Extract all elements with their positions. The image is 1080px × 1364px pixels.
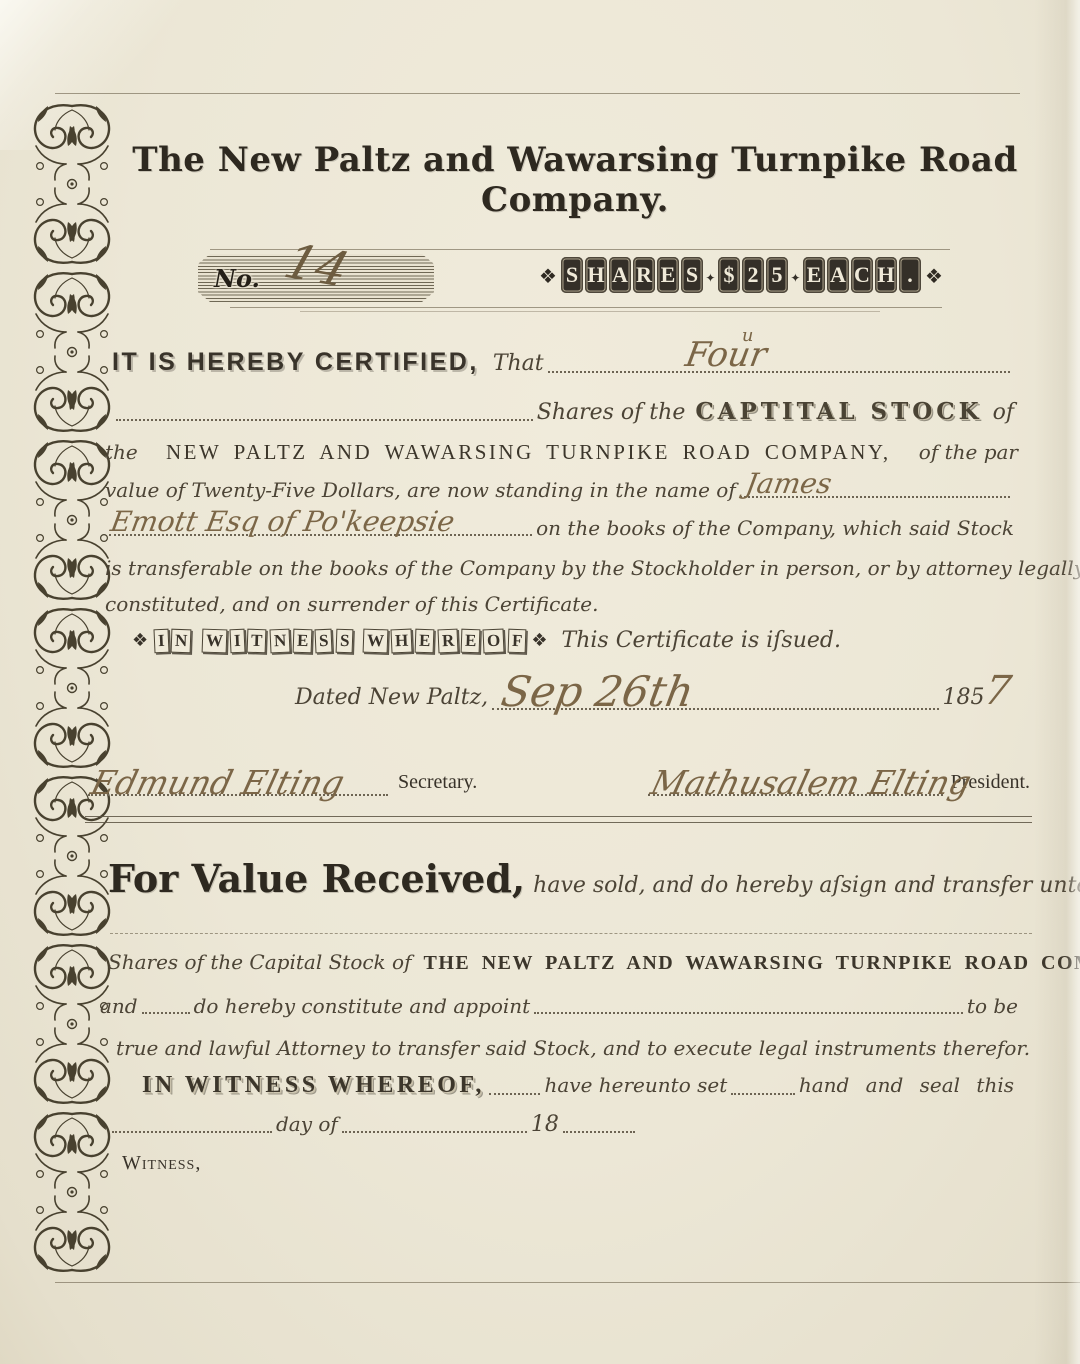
bottom-rule: [55, 1282, 1080, 1283]
transfer-company-caps: THE NEW PALTZ AND WAWARSING TURNPIKE ROA…: [423, 952, 1080, 975]
president-signature-line: Mathusalem Elting: [648, 742, 943, 796]
banner-letter-tiles: SHARES✦$25✦EACH.: [560, 257, 922, 296]
secretary-label: Secretary.: [398, 771, 477, 794]
name-line-1: James: [740, 496, 1010, 498]
secretary-signature-line: Edmund Elting: [88, 742, 388, 796]
day-of-text: day of: [276, 1112, 338, 1136]
certified-line-3: the NEW PALTZ AND WAWARSING TURNPIKE ROA…: [105, 440, 1018, 465]
dated-row: Dated New Paltz, Sep 26th 185 7: [295, 668, 1010, 714]
holder-name-part1: James: [743, 467, 834, 500]
year-printed: 185: [943, 685, 985, 710]
banner-right-flourish-icon: ❖: [925, 264, 943, 288]
witness-left-flourish-icon: ❖: [132, 630, 148, 651]
capital-stock-ornate: CAPTITAL STOCK: [695, 398, 982, 425]
transfer-line-2: Shares of the Capital Stock of THE NEW P…: [108, 950, 1020, 975]
name-line-2: Emott Esq of Po'keepsie: [109, 534, 532, 536]
hereunto-text: have hereunto set: [544, 1073, 727, 1097]
certified-line-4: value of Twenty-Five Dollars, are now st…: [105, 478, 1014, 502]
stock-certificate-document: The New Paltz and Wawarsing Turnpike Roa…: [0, 0, 1080, 1364]
year-blank: [563, 1131, 635, 1133]
scrollwork-border-ornament: [26, 100, 118, 1280]
company-name-caps: NEW PALTZ AND WAWARSING TURNPIKE ROAD CO…: [166, 440, 891, 465]
and-word: and: [100, 994, 138, 1018]
transfer-line-6: day of 18: [108, 1112, 700, 1137]
blank-line: [116, 419, 533, 421]
books-line: on the books of the Company, which said …: [536, 516, 1014, 540]
secretary-signature: Edmund Elting: [87, 763, 348, 802]
month-blank: [342, 1131, 527, 1133]
attorney-name-blank: [534, 1012, 963, 1014]
witness-right-flourish-icon: ❖: [531, 630, 547, 651]
of-word: of: [993, 400, 1014, 425]
president-signature: Mathusalem Elting: [647, 763, 975, 802]
small-blank: [142, 1012, 190, 1014]
stray-pen-mark: u: [742, 325, 754, 346]
section-divider: [85, 816, 1032, 823]
witness-clause-row: ❖ INWITNESSWHEREOF ❖ This Certificate is…: [128, 628, 1014, 653]
day-blank: [112, 1131, 272, 1133]
constituted-line: constituted, and on surrender of this Ce…: [105, 592, 598, 616]
for-value-received-heading: For Value Received,: [108, 856, 525, 901]
witness-label-row: Witness,: [122, 1152, 201, 1175]
appoint-line: do hereby constitute and appoint: [194, 994, 531, 1018]
to-be: to be: [967, 994, 1018, 1018]
sold-line: have sold, and do hereby aſsign and tran…: [533, 873, 1080, 898]
transfer-line-4: true and lawful Attorney to transfer sai…: [108, 1036, 1018, 1060]
shares-written-value: Four: [683, 335, 770, 375]
date-written: Sep 26th: [498, 667, 698, 716]
holder-name-part2: Emott Esq of Po'keepsie: [108, 505, 457, 538]
company-title: The New Paltz and Wawarsing Turnpike Roa…: [112, 140, 1038, 220]
certified-line-1: IT IS HEREBY CERTIFIED, That Four u: [112, 348, 1014, 377]
top-rule: [55, 93, 1020, 94]
in-witness-whereof-caps: IN WITNESS WHEREOF,: [142, 1072, 485, 1099]
shares-of-the: Shares of the: [537, 400, 686, 425]
date-line: Sep 26th: [492, 708, 938, 710]
signature-row: Edmund Elting Secretary. Mathusalem Elti…: [88, 742, 1030, 796]
issued-text: This Certificate is iſsued.: [562, 628, 841, 653]
witness-label: Witness,: [122, 1152, 201, 1175]
witness-boxed-letters: INWITNESSWHEREOF: [152, 629, 527, 653]
transfer-line-3: and do hereby constitute and appoint to …: [100, 994, 1018, 1018]
number-label: No.: [198, 264, 260, 293]
transfer-line-1: For Value Received, have sold, and do he…: [108, 856, 1016, 901]
blank-a: [489, 1093, 541, 1095]
certified-line-5: Emott Esq of Po'keepsie on the books of …: [105, 516, 1014, 540]
the-word: the: [105, 440, 138, 464]
certified-line-6: is transferable on the books of the Comp…: [105, 556, 1018, 580]
certified-that: That: [493, 351, 544, 376]
transferee-blank-line: [110, 933, 1032, 934]
transferable-line: is transferable on the books of the Comp…: [105, 556, 1080, 580]
certificate-number-panel: No. 14: [198, 254, 434, 302]
of-the-par: of the par: [919, 440, 1018, 464]
banner-left-flourish-icon: ❖: [539, 264, 557, 288]
shares-script: Shares of the Capital Stock of: [108, 950, 411, 974]
attorney-line: true and lawful Attorney to transfer sai…: [116, 1036, 1030, 1060]
rule-below-number-row-2: [300, 311, 880, 312]
shares-banner: ❖ SHARES✦$25✦EACH. ❖: [536, 256, 946, 296]
transfer-line-5: IN WITNESS WHEREOF, have hereunto set ha…: [142, 1072, 1014, 1099]
dated-lead: Dated New Paltz,: [295, 685, 488, 710]
certified-heading: IT IS HEREBY CERTIFIED,: [112, 348, 479, 377]
certified-line-2: Shares of the CAPTITAL STOCK of: [112, 398, 1014, 425]
hand-seal-text: hand and seal this: [799, 1073, 1014, 1097]
year-written: 7: [980, 668, 1014, 714]
value-line: value of Twenty-Five Dollars, are now st…: [105, 478, 736, 502]
rule-below-number-row: [230, 307, 942, 308]
blank-b: [731, 1093, 795, 1095]
year-prefix: 18: [531, 1112, 559, 1137]
certified-line-7: constituted, and on surrender of this Ce…: [105, 592, 1018, 616]
shares-written-line: Four u: [548, 371, 1010, 373]
